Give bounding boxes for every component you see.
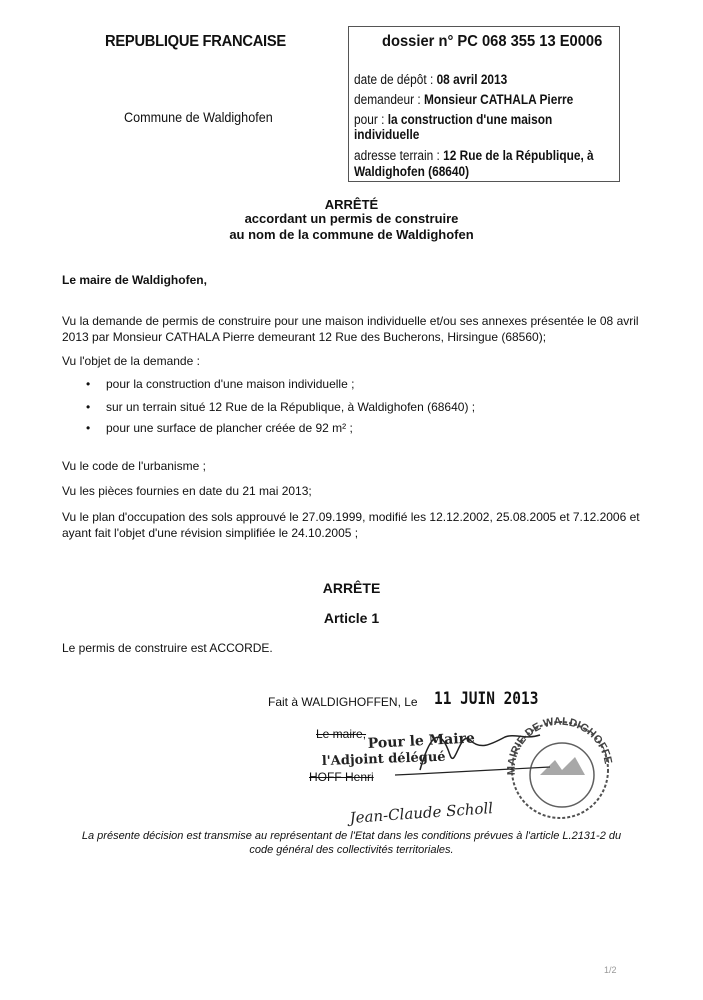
date-stamp: 11 JUIN 2013	[434, 689, 538, 709]
vu-pieces: Vu les pièces fournies en date du 21 mai…	[62, 483, 312, 499]
commune-name: Commune de Waldighofen	[124, 109, 273, 125]
page-number: 1/2	[604, 965, 617, 975]
vu-code: Vu le code de l'urbanisme ;	[62, 458, 206, 474]
article-heading: Article 1	[0, 610, 703, 626]
vu-objet: Vu l'objet de la demande :	[62, 353, 200, 369]
signer-signature: Jean-Claude Scholl	[346, 799, 494, 827]
legal-notice: La présente décision est transmise au re…	[0, 829, 703, 857]
handwritten-adjoint: l'Adjoint délégué	[322, 750, 446, 769]
dossier-box: dossier n° PC 068 355 13 E0006 date de d…	[348, 26, 620, 182]
deposit-date: date de dépôt : 08 avril 2013	[354, 71, 507, 88]
bullet-icon: •	[86, 421, 90, 435]
vu-demande: Vu la demande de permis de construire po…	[62, 313, 652, 345]
mayor-line: Le maire de Waldighofen,	[62, 272, 207, 288]
purpose-cont: individuelle	[354, 126, 419, 143]
dossier-number: dossier n° PC 068 355 13 E0006	[382, 33, 602, 51]
land-address-cont: Waldighofen (68640)	[354, 163, 469, 180]
decree-subtitle-1: accordant un permis de construire	[0, 211, 703, 226]
bullet-icon: •	[86, 377, 90, 391]
decision-text: Le permis de construire est ACCORDE.	[62, 640, 273, 656]
decree-subtitle-2: au nom de la commune de Waldighofen	[0, 227, 703, 242]
applicant: demandeur : Monsieur CATHALA Pierre	[354, 91, 573, 108]
land-address: adresse terrain : 12 Rue de la Républiqu…	[354, 147, 594, 164]
vu-plan: Vu le plan d'occupation des sols approuv…	[62, 509, 652, 541]
republic-heading: REPUBLIQUE FRANCAISE	[105, 33, 286, 51]
bullet-icon: •	[86, 400, 90, 414]
decision-heading: ARRÊTE	[0, 580, 703, 596]
signature-and-seal: Pour le Maire l'Adjoint délégué MAIRIE D…	[300, 715, 620, 835]
decree-title: ARRÊTÉ	[0, 197, 703, 212]
place-date-label: Fait à WALDIGHOFFEN, Le	[268, 695, 418, 709]
